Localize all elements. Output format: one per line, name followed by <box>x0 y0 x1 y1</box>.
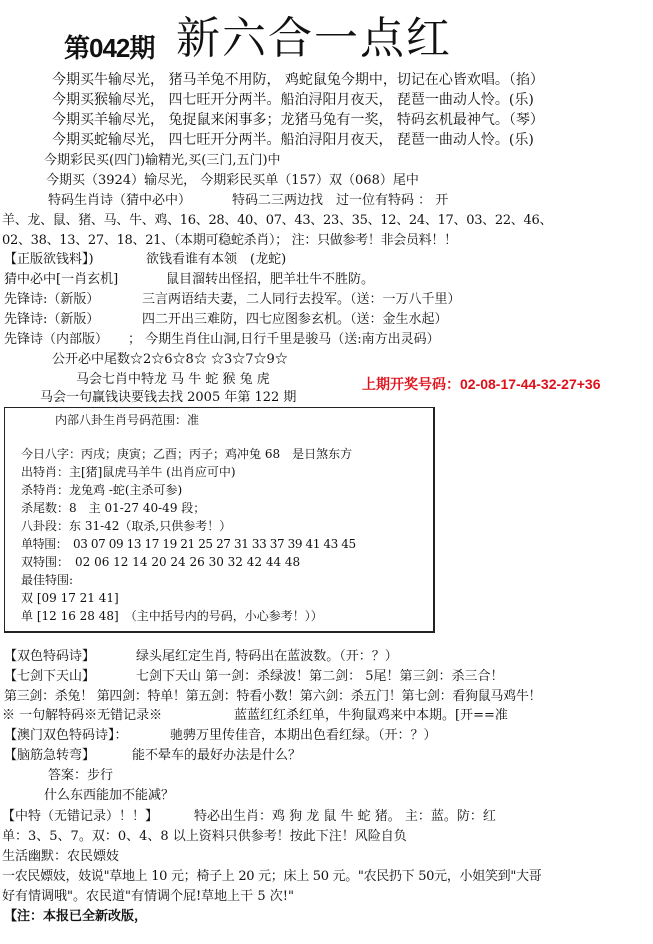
row-text: 四二开出三难防，四七应图参玄机。（送：金生水起） <box>142 311 448 328</box>
bagua-line: 出特肖：主[猪]鼠虎马羊牛 (出肖应可中) <box>21 464 236 480</box>
bagua-line: 八卦段：东 31-42（取杀,只供参考！） <box>21 518 231 534</box>
tail-line: 今期买（3924）输尽光， 今期彩民买单（157）双（068）尾中 <box>46 172 419 189</box>
bagua-line: 单特围： 03 07 09 13 17 19 21 25 27 31 33 37… <box>21 536 356 552</box>
brain-teaser-question: 能不晕车的最好办法是什么？ <box>132 747 301 764</box>
bagua-line: 今日八字：丙戌；庚寅；乙酉；丙子；鸡冲兔 68 是日煞东方 <box>21 446 352 462</box>
tail-numbers: 公开必中尾数☆2☆6☆8☆ ☆3☆7☆9☆ <box>52 351 288 368</box>
macau-poem-text: 驰骋万里传佳音，本期出色看红绿。（开：？） <box>170 727 437 744</box>
bagua-title: 内部八卦生肖号码范围：准 <box>55 412 199 428</box>
poem-line: 今期买蛇输尽光， 四七旺开分两半。船泊浔阳月夜天， 琵琶一曲动人怜。(乐) <box>52 131 534 149</box>
sword-line: 第三剑：杀兔！ 第四剑：特单！第五剑：特看小数！第六剑：杀五门！第七剑：看狗鼠马… <box>4 688 541 705</box>
poem-line: 今期买猴输尽光， 四七旺开分两半。船泊浔阳月夜天， 琵琶一曲动人怜。(乐) <box>52 91 534 109</box>
riddle-label: ※ 一句解特码※无错记录※ <box>2 707 162 724</box>
row-label: 【正版欲钱料】) <box>4 251 94 268</box>
row-label: 先锋诗:（新版） <box>4 291 99 308</box>
numbers-line-1: 羊、龙、鼠、猪、马、牛、鸡、16、28、40、07、43、23、35、12、24… <box>2 212 552 229</box>
bagua-box: 内部八卦生肖号码范围：准 今日八字：丙戌；庚寅；乙酉；丙子；鸡冲兔 68 是日煞… <box>4 407 435 633</box>
bagua-line: 杀特肖：龙兔鸡 -蛇(主杀可参) <box>21 482 182 498</box>
humor-title: 生活幽默：农民嫖妓 <box>2 848 119 865</box>
row-text: 三言两语结夫妻，二人同行去投军。（送：一万八千里） <box>142 291 461 308</box>
row-text: 绿头尾红定生肖, 特码出在蓝波数。（开：？） <box>136 648 398 665</box>
row-label: 【七剑下天山】 <box>4 668 95 685</box>
zhongte-label: 【中特（无错记录）！！】 <box>2 808 158 825</box>
row-text: 七剑下天山 第一剑：杀绿波！第二剑： 5尾！第三剑：杀三合！ <box>136 668 504 685</box>
row-label: 猜中必中[一肖玄机] <box>4 271 118 288</box>
special-poem-label: 特码生肖诗（猜中必中） <box>48 192 191 209</box>
macau-poem-label: 【澳门双色特码诗】： <box>4 727 128 744</box>
poem-line: 今期买羊输尽光， 兔捉鼠来闲事多；龙猪马兔有一奖， 特码玄机最神气。（琴） <box>52 111 544 129</box>
page-title: 新六合一点红 <box>176 12 452 66</box>
row-text: 欲钱看谁有本领 (龙蛇) <box>146 251 286 268</box>
bagua-line: 最佳特围: <box>21 572 73 588</box>
bagua-line: 杀尾数：8 主 01-27 40-49 段； <box>21 500 205 516</box>
zhongte-text: 特必出生肖：鸡 狗 龙 鼠 牛 蛇 猪。 主：蓝。防：红 <box>194 808 496 825</box>
riddle-text: 蓝蓝红红杀红单，牛狗鼠鸡来中本期。[开==准 <box>234 707 508 724</box>
row-text: 鼠目溜转出怪招，肥羊壮牛不胜防。 <box>166 271 374 288</box>
numbers-line-2: 02、38、13、27、18、21、（本期可稳蛇杀肖）； 注：只做参考！非会员料… <box>2 232 457 249</box>
poem-line: 今期买牛输尽光， 猪马羊兔不用防， 鸡蛇鼠兔今期中，切记在心皆欢唱。（掐） <box>52 71 544 89</box>
doors-line: 今期彩民买(四门)输精光,买(三门,五门)中 <box>44 152 281 169</box>
row-label: 先锋诗（内部版） <box>4 331 108 348</box>
zhongte-line-2: 单：3、5、7。双：0、4、8 以上资料只供参考！按此下注！风险自负 <box>2 828 407 845</box>
issue-number: 第042期 <box>64 28 154 65</box>
last-draw-numbers: 上期开奖号码：02-08-17-44-32-27+36 <box>362 374 601 394</box>
brain-teaser-label: 【脑筋急转弯】 <box>4 747 95 764</box>
humor-line-1: 一农民嫖妓，妓说"草地上 10 元；椅子上 20 元；床上 50 元。"农民扔下… <box>2 868 541 885</box>
row-text: ； 今期生肖住山洞,日行千里是骏马（送:南方出灵码） <box>128 331 440 348</box>
row-label: 【双色特码诗】 <box>4 648 95 665</box>
bagua-line: 双 [09 17 21 41] <box>21 590 119 606</box>
win-formula: 马会一句赢钱诀要钱去找 2005 年第 122 期 <box>40 389 296 406</box>
bagua-line: 双特围： 02 06 12 14 20 24 26 30 32 42 44 48 <box>21 554 300 570</box>
row-label: 先锋诗:（新版） <box>4 311 99 328</box>
humor-line-2: 好有情调哦"。农民道"有情调个屁!草地上干 5 次!" <box>2 888 294 905</box>
bagua-line: 单 [12 16 28 48] （主中括号内的号码，小心参考！）） <box>21 608 323 624</box>
editorial-note: 【注：本报已全新改版， <box>4 908 147 925</box>
brain-teaser-question-2: 什么东西能加不能减？ <box>44 787 174 804</box>
special-poem-text: 特码二三两边找 过一位有特码 ： 开 <box>232 192 448 209</box>
seven-zodiac: 马会七肖中特龙 马 牛 蛇 猴 兔 虎 <box>76 371 270 388</box>
brain-teaser-answer: 答案：步行 <box>48 767 113 784</box>
